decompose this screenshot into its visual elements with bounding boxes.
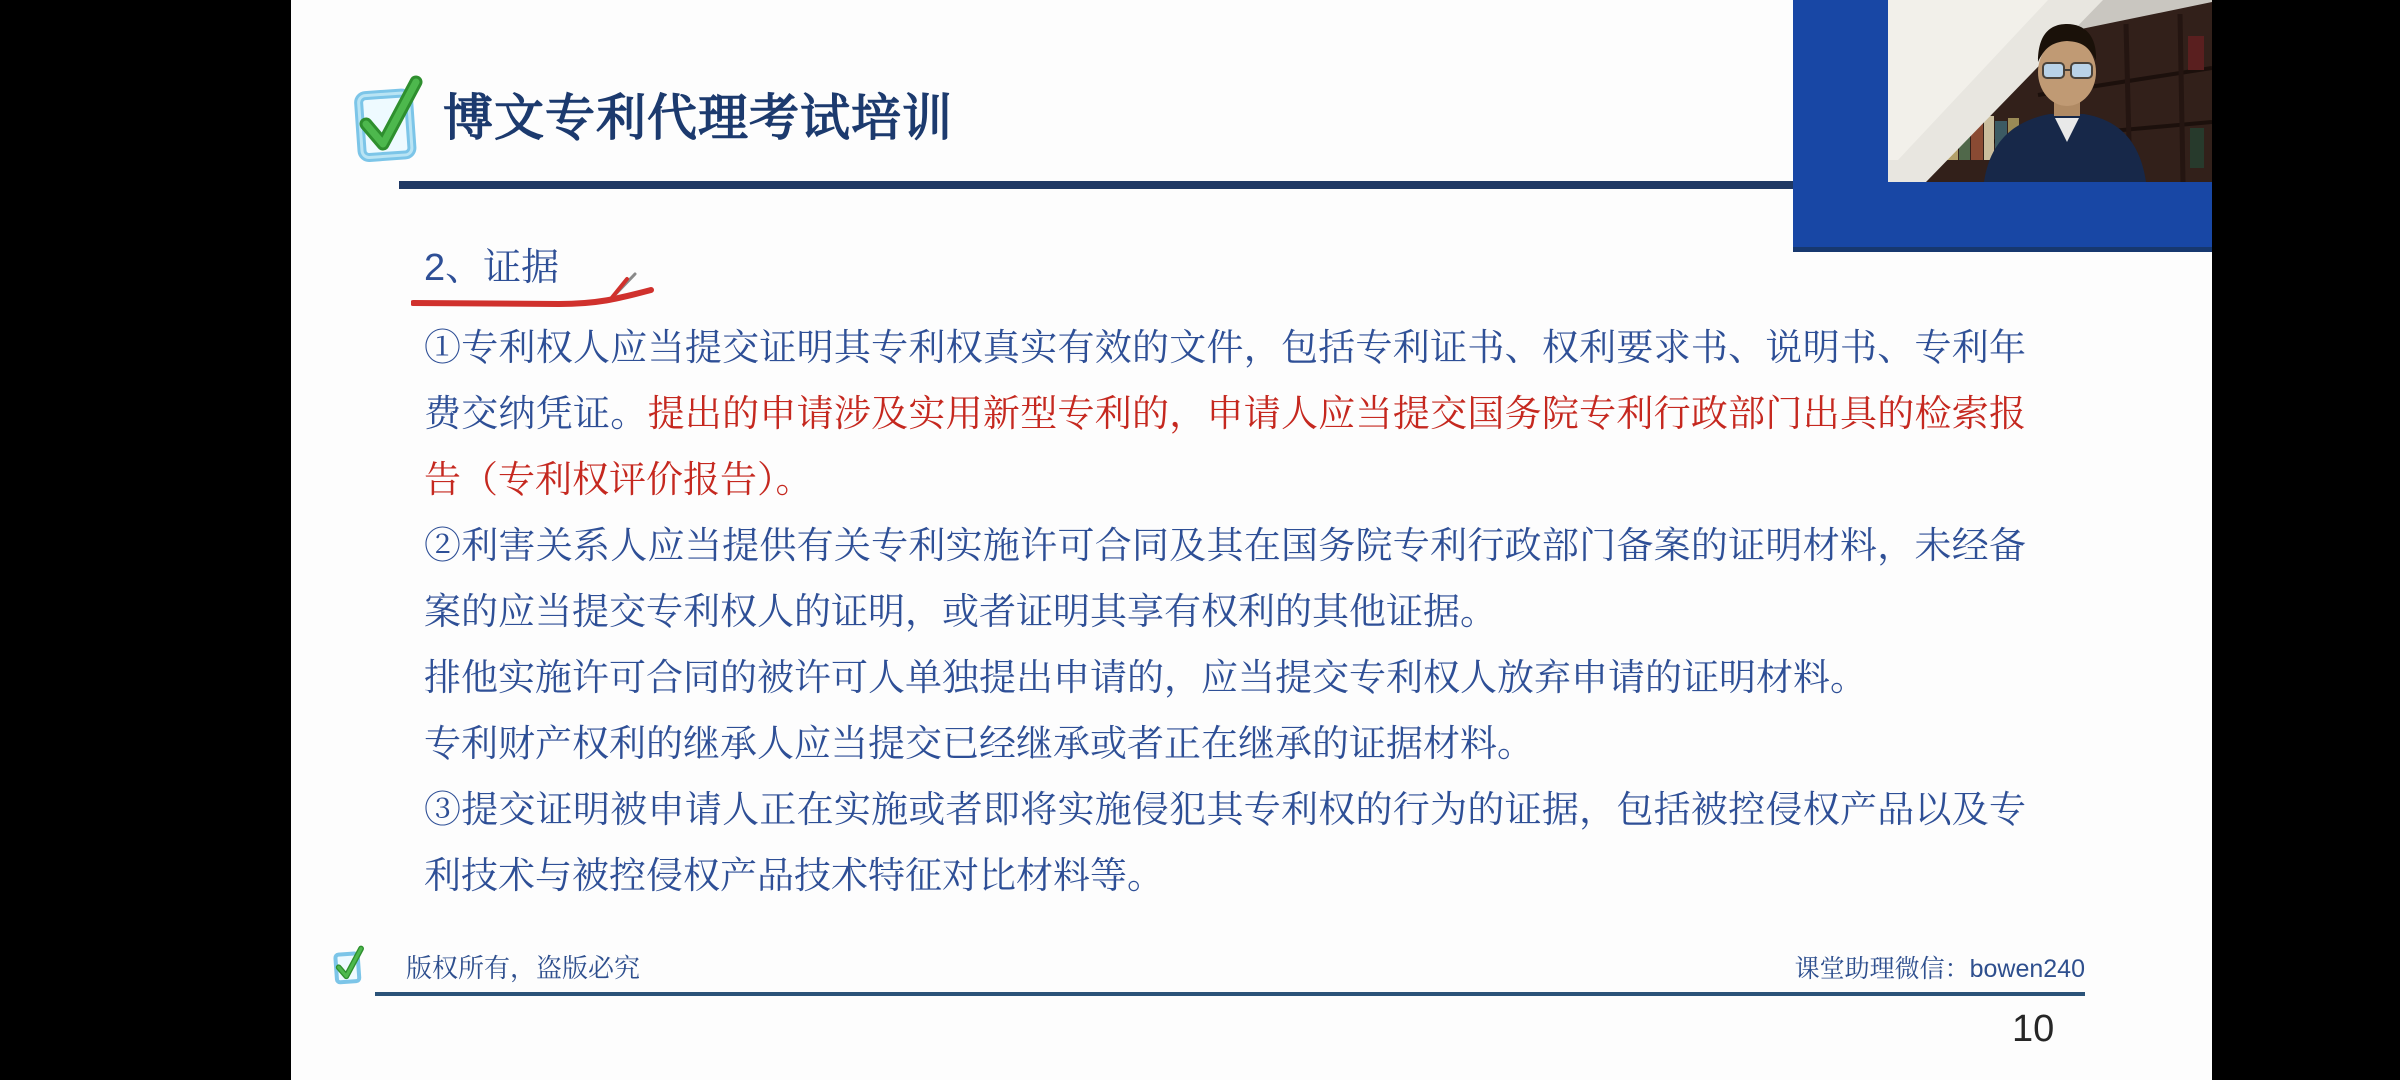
brand-title-bold: 博文 bbox=[443, 90, 545, 146]
brand-logo-checkmark-icon bbox=[350, 74, 428, 168]
brand-title-rest: 专利代理考试培训 bbox=[545, 90, 953, 146]
letterbox-right bbox=[2212, 0, 2400, 1080]
slide-body: ①专利权人应当提交证明其专利权真实有效的文件，包括专利证书、权利要求书、说明书、… bbox=[424, 315, 2026, 909]
header-rule bbox=[399, 181, 1793, 189]
presenter-scene bbox=[1888, 0, 2212, 182]
paragraph-evidence-5: ③提交证明被申请人正在实施或者即将实施侵犯其专利权的行为的证据，包括被控侵权产品… bbox=[424, 777, 2026, 909]
presenter-webcam-video[interactable] bbox=[1888, 0, 2212, 182]
paragraph-evidence-2: ②利害关系人应当提供有关专利实施许可合同及其在国务院专利行政部门备案的证明材料，… bbox=[424, 513, 2026, 645]
assistant-wechat-text: 课堂助理微信：bowen240 bbox=[1795, 953, 2085, 985]
copyright-text: 版权所有，盗版必究 bbox=[406, 952, 640, 984]
paragraph-evidence-4: 专利财产权利的继承人应当提交已经继承或者正在继承的证据材料。 bbox=[424, 711, 2026, 777]
paragraph-evidence-1: ①专利权人应当提交证明其专利权真实有效的文件，包括专利证书、权利要求书、说明书、… bbox=[424, 315, 2026, 513]
letterbox-left bbox=[0, 0, 291, 1080]
red-underline-annotation-icon bbox=[411, 270, 671, 316]
corner-block bbox=[1793, 0, 2212, 252]
footer-rule bbox=[375, 992, 2085, 996]
paragraph-1-red-segment: 提出的申请涉及实用新型专利的，申请人应当提交国务院专利行政部门出具的检索报告（专… bbox=[424, 393, 2026, 500]
page-number: 10 bbox=[2012, 1008, 2054, 1051]
footer-logo-checkmark-icon bbox=[331, 945, 367, 987]
video-frame: 博文专利代理考试培训 bbox=[0, 0, 2400, 1080]
brand-title: 博文专利代理考试培训 bbox=[443, 88, 953, 148]
presentation-slide: 博文专利代理考试培训 bbox=[291, 0, 2212, 1080]
paragraph-evidence-3: 排他实施许可合同的被许可人单独提出申请的，应当提交专利权人放弃申请的证明材料。 bbox=[424, 645, 2026, 711]
